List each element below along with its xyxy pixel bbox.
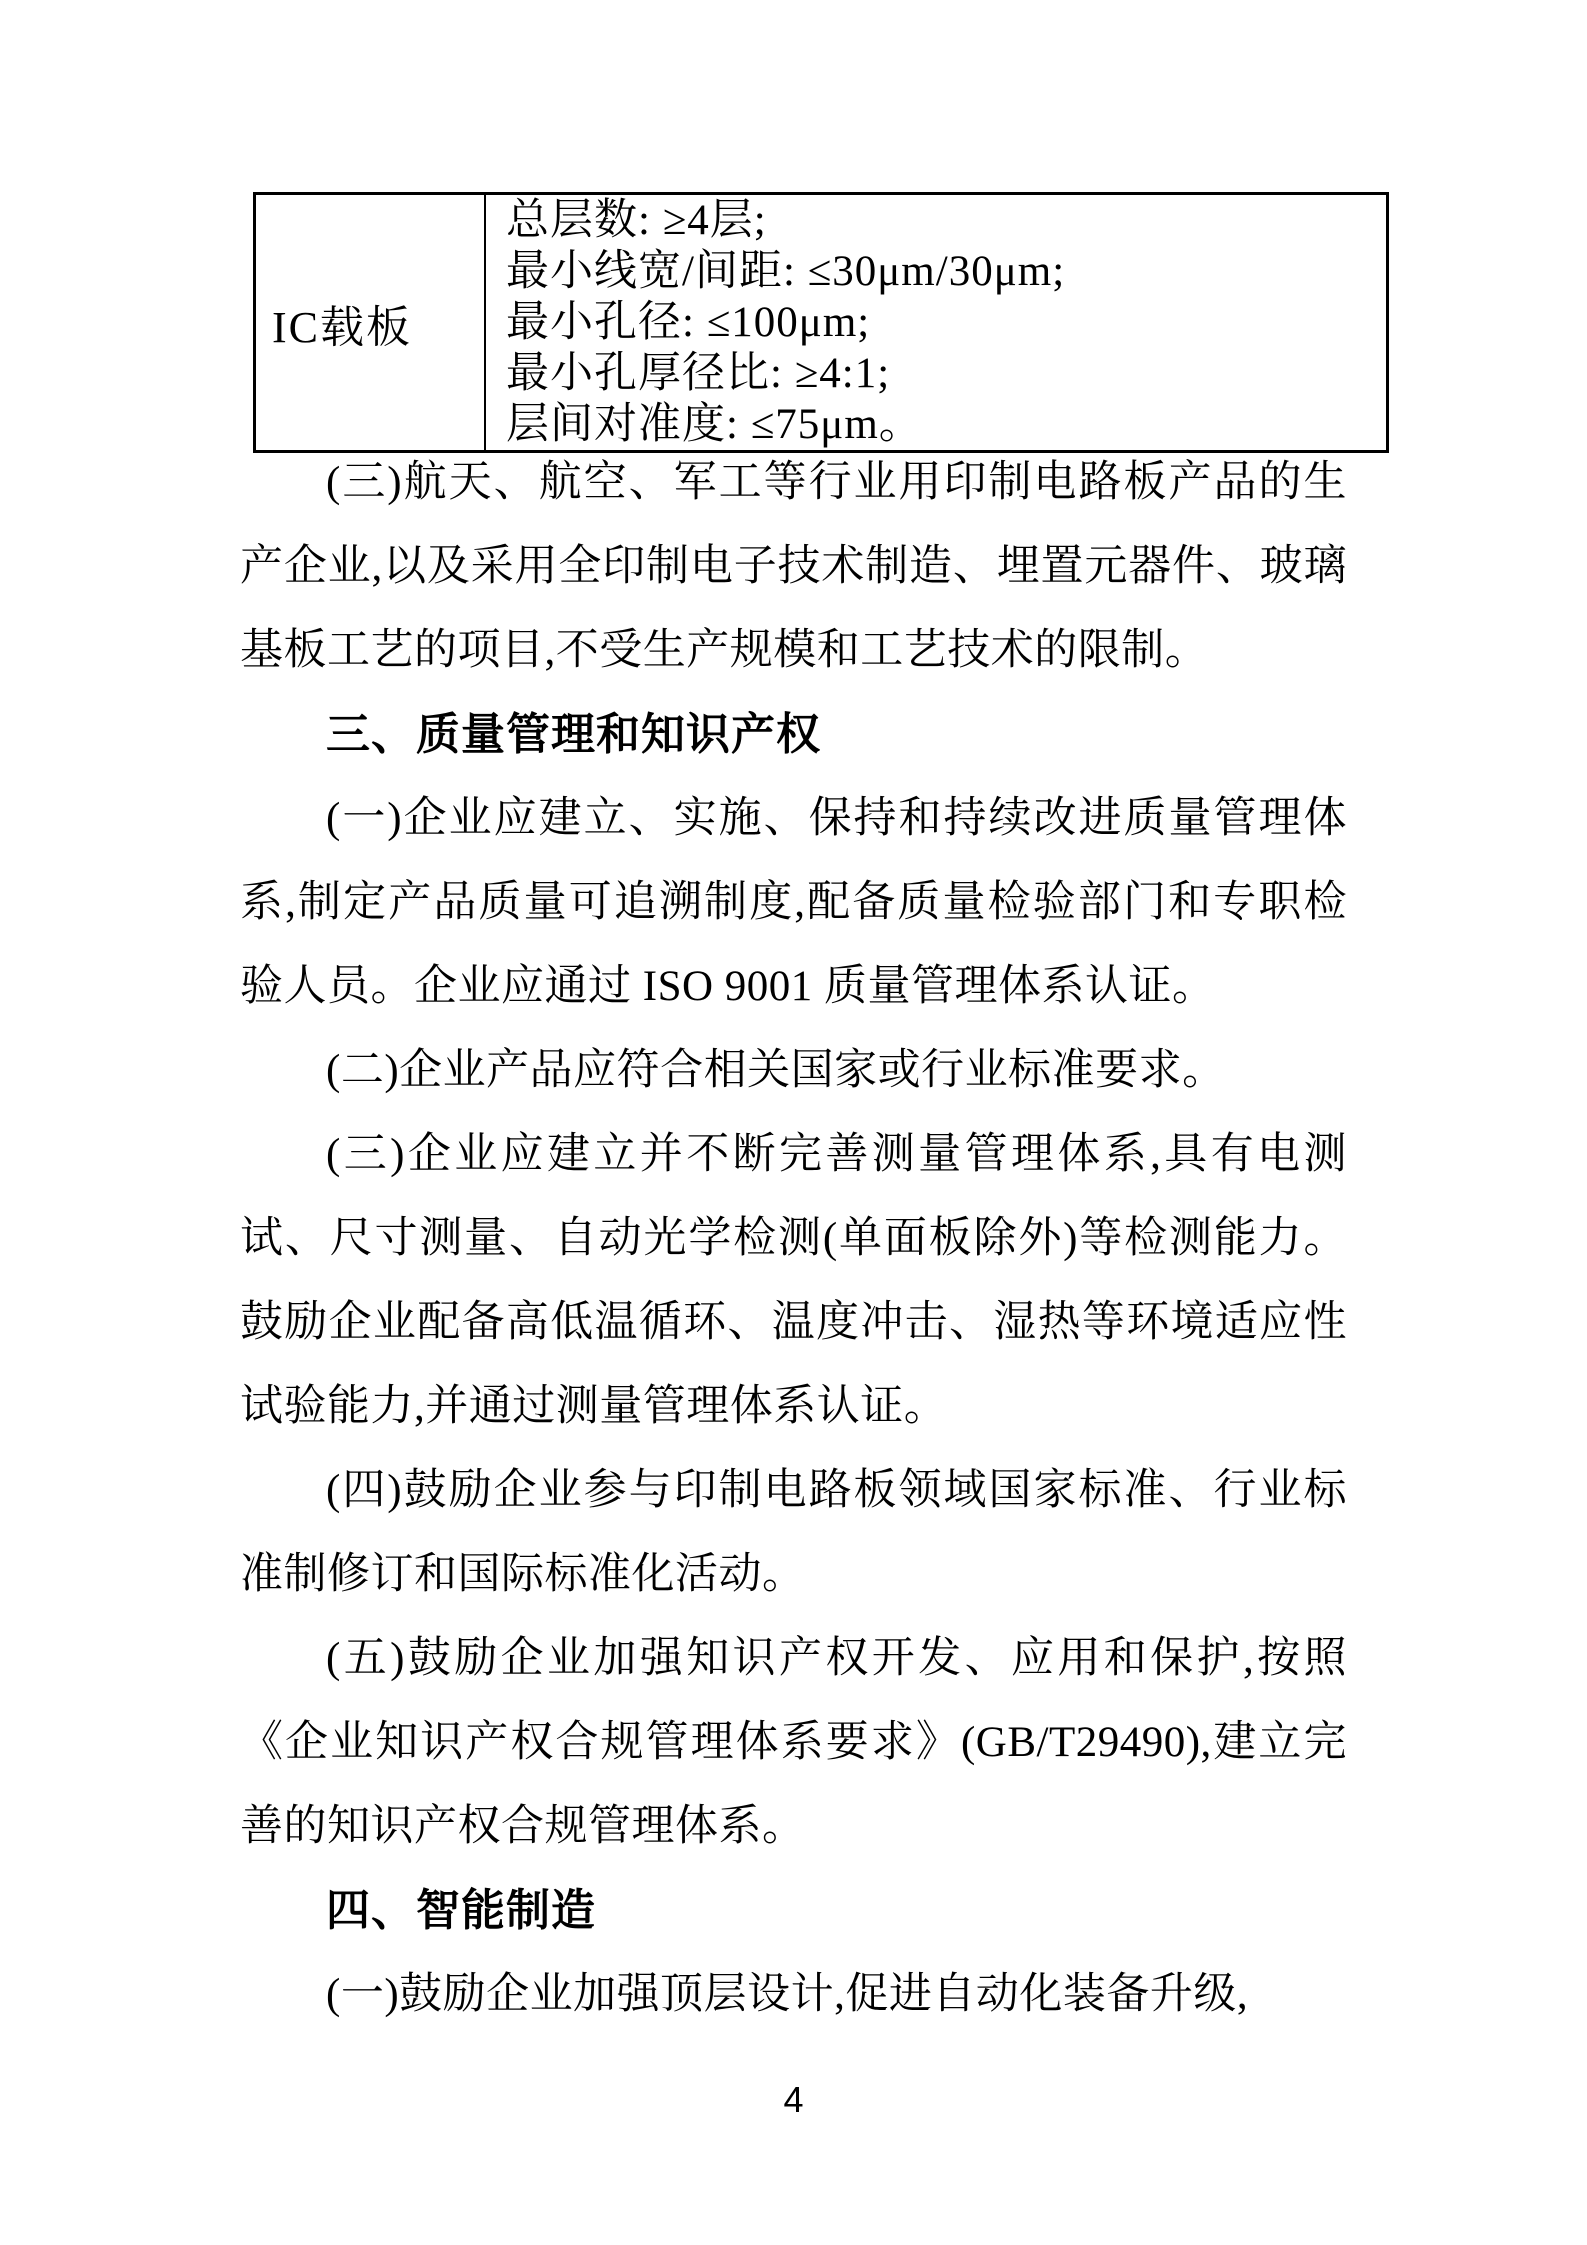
- spec-line-min-line-width: 最小线宽/间距: ≤30μm/30μm;: [506, 246, 1386, 297]
- section-heading-quality-ip: 三、质量管理和知识产权: [240, 693, 1347, 777]
- paragraph-quality-system: (一)企业应建立、实施、保持和持续改进质量管理体系,制定产品质量可追溯制度,配备…: [240, 777, 1347, 1029]
- spec-line-min-hole: 最小孔径: ≤100μm;: [506, 297, 1386, 348]
- paragraph-measurement-system: (三)企业应建立并不断完善测量管理体系,具有电测试、尺寸测量、自动光学检测(单面…: [240, 1113, 1347, 1449]
- table-spec-cell: 总层数: ≥4层; 最小线宽/间距: ≤30μm/30μm; 最小孔径: ≤10…: [486, 195, 1386, 450]
- spec-table: IC载板 总层数: ≥4层; 最小线宽/间距: ≤30μm/30μm; 最小孔径…: [253, 192, 1389, 453]
- spec-line-total-layers: 总层数: ≥4层;: [506, 195, 1386, 246]
- page-number: 4: [0, 2076, 1587, 2124]
- spec-line-aspect-ratio: 最小孔厚径比: ≥4:1;: [506, 348, 1386, 399]
- paragraph-scope-exemption: (三)航天、航空、军工等行业用印制电路板产品的生产企业,以及采用全印制电子技术制…: [240, 441, 1347, 693]
- section-heading-smart-mfg: 四、智能制造: [240, 1869, 1347, 1953]
- paragraph-product-standards: (二)企业产品应符合相关国家或行业标准要求。: [240, 1029, 1347, 1113]
- paragraph-ip-compliance: (五)鼓励企业加强知识产权开发、应用和保护,按照《企业知识产权合规管理体系要求》…: [240, 1617, 1347, 1869]
- paragraph-standardization: (四)鼓励企业参与印制电路板领域国家标准、行业标准制修订和国际标准化活动。: [240, 1449, 1347, 1617]
- document-page: IC载板 总层数: ≥4层; 最小线宽/间距: ≤30μm/30μm; 最小孔径…: [0, 0, 1587, 2245]
- document-body: (三)航天、航空、军工等行业用印制电路板产品的生产企业,以及采用全印制电子技术制…: [240, 441, 1347, 2037]
- table-row-label: IC载板: [256, 195, 486, 450]
- paragraph-top-level-design: (一)鼓励企业加强顶层设计,促进自动化装备升级,: [240, 1953, 1347, 2037]
